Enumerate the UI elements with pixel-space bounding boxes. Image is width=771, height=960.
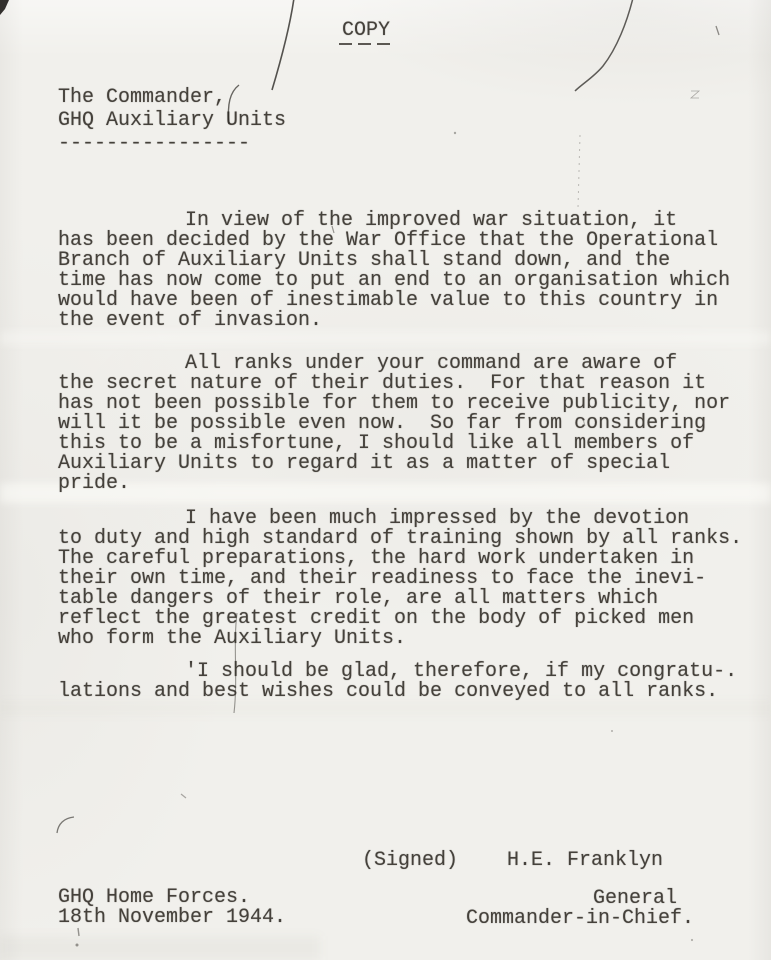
ink-speck (716, 26, 719, 35)
ink-speck (78, 928, 79, 936)
recipient-underline: ---------------- (58, 134, 250, 154)
paper-crease (272, 0, 294, 90)
signatory-role: Commander-in-Chief. (466, 909, 694, 929)
paragraph-2: All ranks under your command are aware o… (58, 354, 730, 494)
copy-heading-underline (339, 43, 391, 45)
ink-speck (181, 794, 186, 798)
pen-curve-mark (57, 817, 74, 833)
signatory-rank: General (593, 889, 677, 909)
scan-light-band (0, 331, 771, 345)
copy-heading: COPY (342, 21, 390, 41)
recipient-name: The Commander, (58, 88, 226, 108)
ink-squiggle (691, 91, 699, 98)
ink-dot (691, 939, 693, 941)
ink-dot (611, 730, 613, 732)
signed-label: (Signed) (362, 851, 458, 871)
scan-corner-shade (0, 936, 320, 960)
paragraph-1: In view of the improved war situation, i… (58, 211, 730, 331)
footer-date: 18th November 1944. (58, 908, 286, 928)
footer-unit: GHQ Home Forces. (58, 888, 250, 908)
scanned-letter-page: COPY The Commander, GHQ Auxiliary Units … (0, 0, 771, 960)
recipient-unit: GHQ Auxiliary Units (58, 111, 286, 131)
paper-crease (575, 0, 633, 91)
corner-blob-mark (0, 0, 9, 15)
faint-crease (578, 135, 580, 208)
signatory-name: H.E. Franklyn (507, 851, 663, 871)
ink-dot (454, 132, 456, 134)
paragraph-4: 'I should be glad, therefore, if my cong… (58, 662, 737, 702)
paragraph-3: I have been much impressed by the devoti… (58, 509, 742, 649)
